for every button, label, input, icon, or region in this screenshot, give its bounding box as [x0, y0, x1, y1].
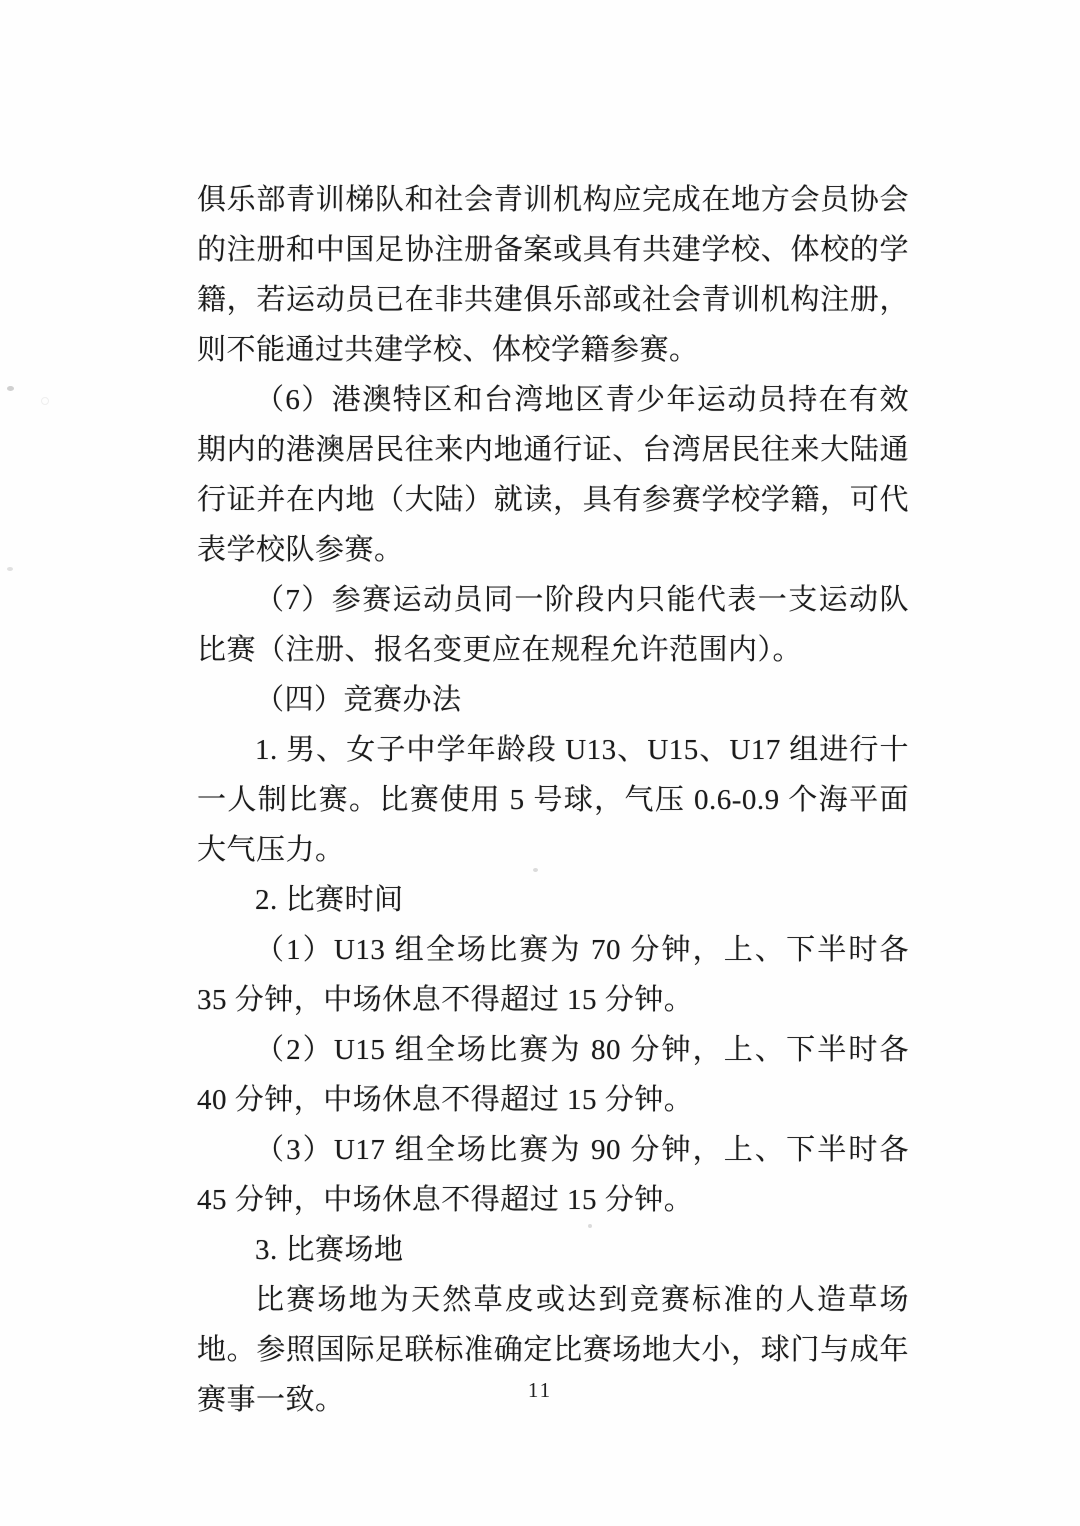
scan-speck [7, 567, 13, 571]
paragraph: （2）U15 组全场比赛为 80 分钟，上、下半时各 40 分钟，中场休息不得超… [197, 1025, 909, 1125]
paragraph: （1）U13 组全场比赛为 70 分钟，上、下半时各 35 分钟，中场休息不得超… [197, 925, 909, 1025]
paragraph: 俱乐部青训梯队和社会青训机构应完成在地方会员协会的注册和中国足协注册备案或具有共… [197, 175, 909, 375]
scan-speck [588, 1224, 592, 1228]
document-body: 俱乐部青训梯队和社会青训机构应完成在地方会员协会的注册和中国足协注册备案或具有共… [197, 175, 909, 1425]
scan-speck [41, 397, 49, 405]
scan-speck [533, 868, 538, 872]
section-heading: （四）竞赛办法 [197, 675, 909, 725]
sub-heading: 3. 比赛场地 [197, 1225, 909, 1275]
scanned-document-page: 俱乐部青训梯队和社会青训机构应完成在地方会员协会的注册和中国足协注册备案或具有共… [0, 0, 1080, 1526]
paragraph: 1. 男、女子中学年龄段 U13、U15、U17 组进行十一人制比赛。比赛使用 … [197, 725, 909, 875]
paragraph: （7）参赛运动员同一阶段内只能代表一支运动队比赛（注册、报名变更应在规程允许范围… [197, 575, 909, 675]
sub-heading: 2. 比赛时间 [197, 875, 909, 925]
scan-speck [7, 386, 14, 391]
paragraph: （6）港澳特区和台湾地区青少年运动员持在有效期内的港澳居民往来内地通行证、台湾居… [197, 375, 909, 575]
paragraph: （3）U17 组全场比赛为 90 分钟，上、下半时各 45 分钟，中场休息不得超… [197, 1125, 909, 1225]
page-number: 11 [0, 1378, 1080, 1403]
